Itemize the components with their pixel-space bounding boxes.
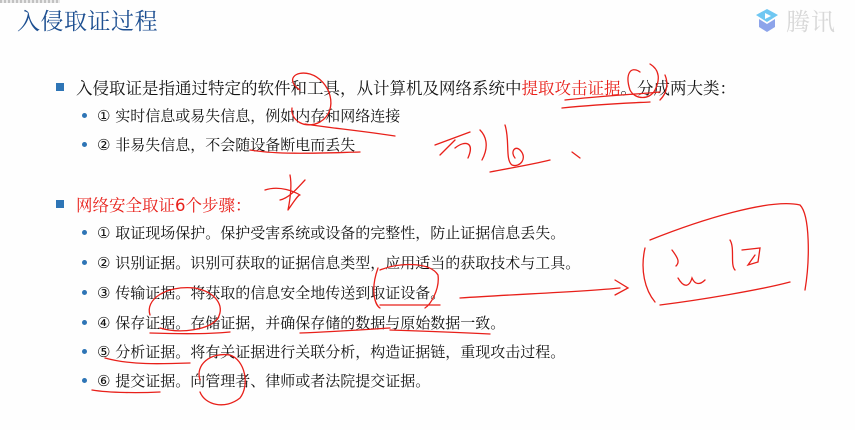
square-bullet-icon xyxy=(56,200,64,208)
dot-bullet-icon xyxy=(82,320,87,325)
ink-star xyxy=(265,175,305,210)
step-text: ④ 保存证据。存储证据，并确保存储的数据与原始数据一致。 xyxy=(97,312,505,333)
square-bullet-icon xyxy=(56,83,64,91)
section1-highlight: 提取攻击证据 xyxy=(522,79,621,98)
ink-arrow-line xyxy=(460,288,620,298)
ink-handwriting-1 xyxy=(435,125,523,166)
dot-bullet-icon xyxy=(82,260,87,265)
step-item: ⑤ 分析证据。将有关证据进行关联分析，构造证据链，重现攻击过程。 xyxy=(82,341,565,362)
dot-bullet-icon xyxy=(82,290,87,295)
ink-box xyxy=(643,204,808,305)
section1-bullet: 入侵取证是指通过特定的软件和工具，从计算机及网络系统中提取攻击证据。分成两大类： xyxy=(56,75,736,99)
step-text: ① 取证现场保护。保护受害系统或设备的完整性，防止证据信息丢失。 xyxy=(97,222,565,243)
dot-bullet-icon xyxy=(82,230,87,235)
section1-item-text: ① 实时信息或易失信息，例如内存和网络连接 xyxy=(97,105,400,126)
logo-text: 腾讯 xyxy=(786,2,836,37)
section2-heading: 网络安全取证6个步骤： xyxy=(76,192,252,216)
ink-underline-4 xyxy=(490,160,550,172)
step-item: ① 取证现场保护。保护受害系统或设备的完整性，防止证据信息丢失。 xyxy=(82,222,565,243)
section1-text: 入侵取证是指通过特定的软件和工具，从计算机及网络系统中提取攻击证据。分成两大类： xyxy=(76,75,736,99)
step-item: ④ 保存证据。存储证据，并确保存储的数据与原始数据一致。 xyxy=(82,312,505,333)
step-item: ⑥ 提交证据。向管理者、律师或者法院提交证据。 xyxy=(82,370,430,391)
page-title: 入侵取证过程 xyxy=(17,3,158,36)
dot-bullet-icon xyxy=(82,378,87,383)
step-text: ③ 传输证据。将获取的信息安全地传送到取证设备。 xyxy=(97,282,445,303)
step-text: ⑤ 分析证据。将有关证据进行关联分析，构造证据链，重现攻击过程。 xyxy=(97,341,565,362)
step-item: ② 识别证据。识别可获取的证据信息类型，应用适当的获取技术与工具。 xyxy=(82,252,580,273)
dot-bullet-icon xyxy=(82,349,87,354)
step-text: ⑥ 提交证据。向管理者、律师或者法院提交证据。 xyxy=(97,370,430,391)
section1-item: ① 实时信息或易失信息，例如内存和网络连接 xyxy=(82,105,400,126)
tencent-classroom-logo: 腾讯 xyxy=(752,2,836,37)
section2-bullet: 网络安全取证6个步骤： xyxy=(56,192,252,216)
ink-underline-3b xyxy=(562,102,650,108)
step-text: ② 识别证据。识别可获取的证据信息类型，应用适当的获取技术与工具。 xyxy=(97,252,580,273)
section1-item-text: ② 非易失信息，不会随设备断电而丢失 xyxy=(97,134,355,155)
ink-arrow-head xyxy=(615,280,628,295)
ink-handwriting-2 xyxy=(672,240,760,285)
ink-tick xyxy=(572,152,580,158)
section1-item: ② 非易失信息，不会随设备断电而丢失 xyxy=(82,134,355,155)
section1-text-before: 入侵取证是指通过特定的软件和工具，从计算机及网络系统中 xyxy=(76,79,522,98)
step-item: ③ 传输证据。将获取的信息安全地传送到取证设备。 xyxy=(82,282,445,303)
dot-bullet-icon xyxy=(82,142,87,147)
section1-text-after: 。分成两大类： xyxy=(621,79,737,98)
tencent-classroom-play-icon xyxy=(752,5,782,35)
dot-bullet-icon xyxy=(82,113,87,118)
